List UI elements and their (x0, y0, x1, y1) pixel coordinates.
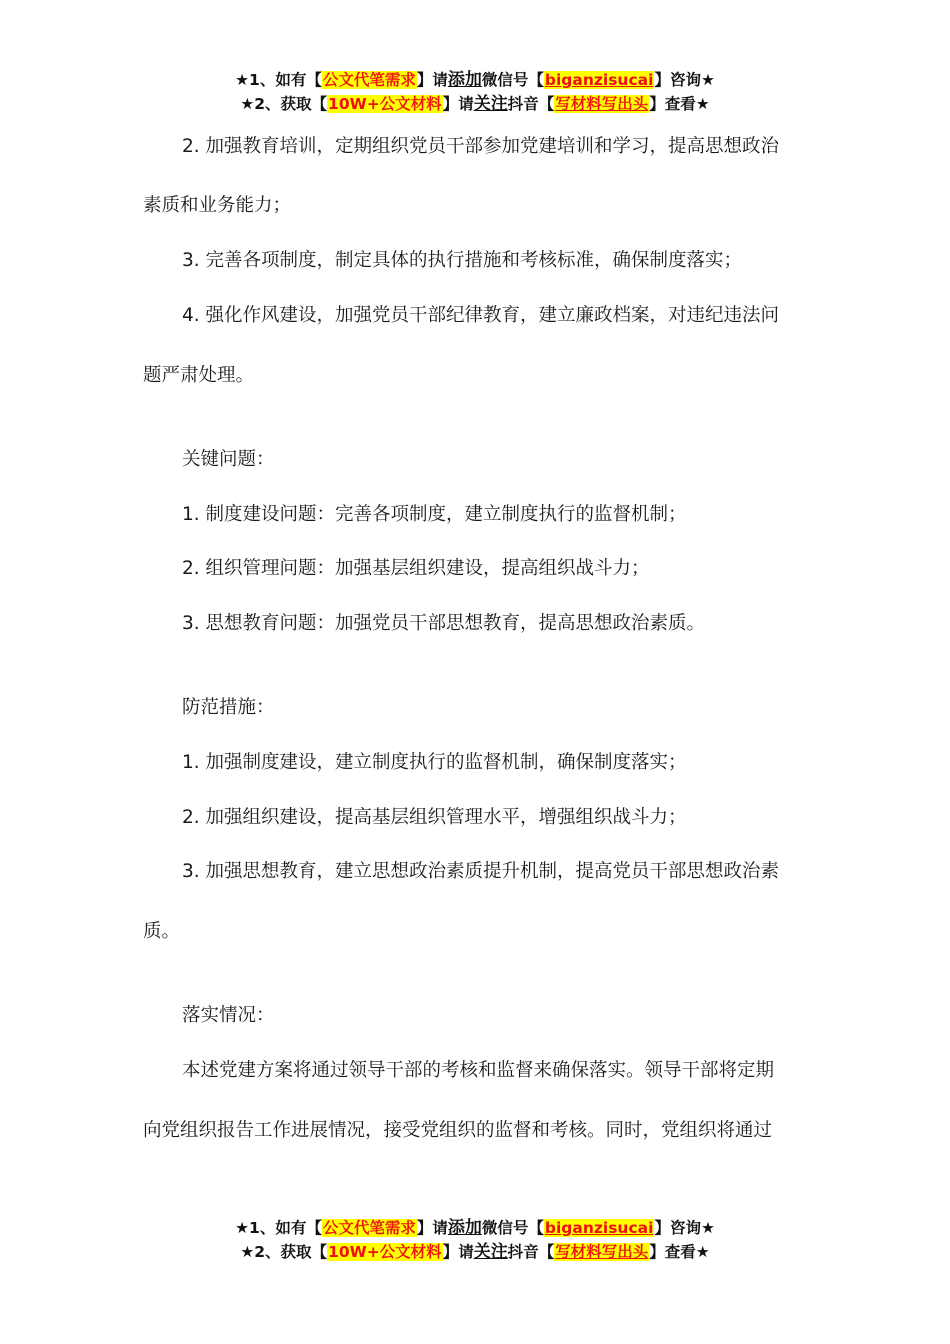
highlight-service: 公文代笔需求 (322, 1219, 417, 1237)
douyin-account-link[interactable]: 写材料写出头 (554, 1243, 649, 1261)
banner-text: 】请 (443, 95, 474, 113)
banner-text: 】请 (443, 1243, 474, 1261)
banner-text: 微信号【 (482, 71, 544, 89)
banner-text: 抖音【 (508, 1243, 555, 1261)
highlight-materials: 10W+公文材料 (327, 95, 443, 113)
paragraph-line: 质。 (143, 917, 807, 943)
header-banner-line-2: ★2、获取【10W+公文材料】请关注抖音【写材料写出头】查看★ (0, 92, 950, 116)
footer-banner-line-2: ★2、获取【10W+公文材料】请关注抖音【写材料写出头】查看★ (0, 1240, 950, 1264)
banner-text: 】咨询★ (654, 1219, 714, 1237)
banner-text: 】请 (417, 71, 448, 89)
footer-banner-line-1: ★1、如有【公文代笔需求】请添加微信号【biganzisucai】咨询★ (0, 1216, 950, 1240)
banner-text: 】查看★ (649, 95, 709, 113)
paragraph-line: 1. 制度建设问题：完善各项制度，建立制度执行的监督机制； (143, 500, 846, 526)
banner-text: 】查看★ (649, 1243, 709, 1261)
underlined-follow: 关注 (474, 1242, 508, 1262)
underlined-follow: 关注 (474, 94, 508, 114)
banner-text: 】请 (417, 1219, 448, 1237)
banner-text: ★2、获取【 (240, 95, 327, 113)
section-heading-key-issues: 关键问题： (143, 445, 846, 471)
paragraph-line: 3. 加强思想教育，建立思想政治素质提升机制，提高党员干部思想政治素 (143, 857, 846, 883)
paragraph-line: 3. 思想教育问题：加强党员干部思想教育，提高思想政治素质。 (143, 609, 846, 635)
paragraph-line: 4. 强化作风建设，加强党员干部纪律教育，建立廉政档案，对违纪违法问 (143, 301, 846, 327)
paragraph-line: 2. 加强组织建设，提高基层组织管理水平，增强组织战斗力； (143, 803, 846, 829)
section-heading-prevention: 防范措施： (143, 693, 846, 719)
underlined-add: 添加 (448, 70, 482, 90)
paragraph-line: 向党组织报告工作进展情况，接受党组织的监督和考核。同时，党组织将通过 (143, 1116, 807, 1142)
paragraph-line: 本述党建方案将通过领导干部的考核和监督来确保落实。领导干部将定期 (143, 1056, 846, 1082)
banner-text: 抖音【 (508, 95, 555, 113)
highlight-service: 公文代笔需求 (322, 71, 417, 89)
banner-text: 微信号【 (482, 1219, 544, 1237)
section-heading-implementation: 落实情况： (143, 1001, 846, 1027)
wechat-id-link[interactable]: biganzisucai (544, 71, 655, 89)
paragraph-line: 题严肃处理。 (143, 361, 807, 387)
douyin-account-link[interactable]: 写材料写出头 (554, 95, 649, 113)
paragraph-line: 3. 完善各项制度，制定具体的执行措施和考核标准，确保制度落实； (143, 246, 846, 272)
banner-text: ★2、获取【 (240, 1243, 327, 1261)
wechat-id-link[interactable]: biganzisucai (544, 1219, 655, 1237)
paragraph-line: 素质和业务能力； (143, 191, 807, 217)
footer-banner: ★1、如有【公文代笔需求】请添加微信号【biganzisucai】咨询★ ★2、… (0, 1216, 950, 1264)
header-banner-line-1: ★1、如有【公文代笔需求】请添加微信号【biganzisucai】咨询★ (0, 68, 950, 92)
banner-text: ★1、如有【 (235, 1219, 322, 1237)
paragraph-line: 1. 加强制度建设，建立制度执行的监督机制，确保制度落实； (143, 748, 846, 774)
paragraph-line: 2. 组织管理问题：加强基层组织建设，提高组织战斗力； (143, 554, 846, 580)
header-banner: ★1、如有【公文代笔需求】请添加微信号【biganzisucai】咨询★ ★2、… (0, 68, 950, 116)
highlight-materials: 10W+公文材料 (327, 1243, 443, 1261)
banner-text: ★1、如有【 (235, 71, 322, 89)
banner-text: 】咨询★ (654, 71, 714, 89)
paragraph-line: 2. 加强教育培训，定期组织党员干部参加党建培训和学习，提高思想政治 (143, 132, 846, 158)
underlined-add: 添加 (448, 1218, 482, 1238)
